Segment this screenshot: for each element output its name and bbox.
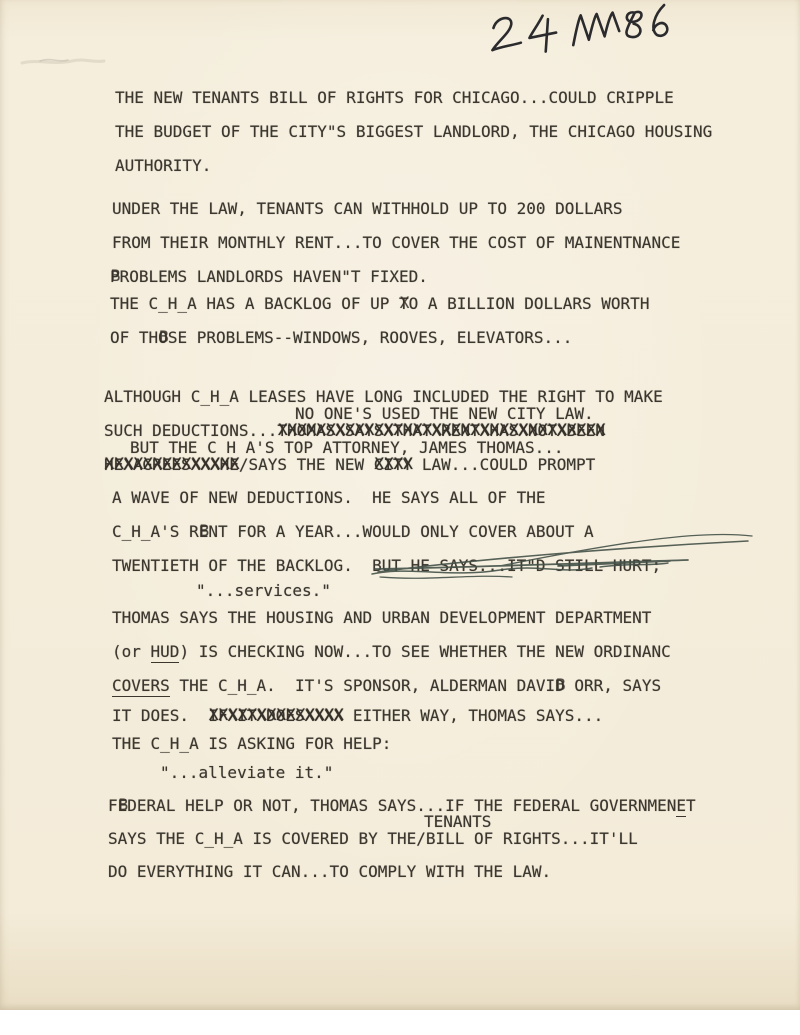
overstruck-char: O <box>158 328 168 348</box>
typed-line: HEXAGREESXXXHE/SAYS THE NEW CITY LAW...C… <box>104 455 595 475</box>
typed-text-layer: THE NEW TENANTS BILL OF RIGHTS FOR CHICA… <box>0 0 800 1010</box>
typed-text-segment: DERAL HELP OR NOT, THOMAS SAYS...IF THE … <box>127 796 676 815</box>
overstruck-char: D <box>555 676 565 696</box>
overstruck-char: T <box>399 294 409 314</box>
typed-over-crossed-out-segment: IFXITXDOESXXXX <box>208 706 343 726</box>
typed-line: C_H_A'S RENT FOR A YEAR...WOULD ONLY COV… <box>112 522 594 542</box>
typed-line: THE NEW TENANTS BILL OF RIGHTS FOR CHICA… <box>115 88 674 108</box>
typed-over-crossed-out-segment: CITY <box>374 455 413 475</box>
typed-line: OF THOSE PROBLEMS--WINDOWS, ROOVES, ELEV… <box>110 328 572 348</box>
typed-text-segment: SAYS THE C_H_A IS COVERED BY THE/BILL OF… <box>108 829 638 848</box>
overstruck-char: E <box>199 522 209 542</box>
typed-line: TWENTIETH OF THE BACKLOG. BUT HE SAYS...… <box>112 556 661 576</box>
typed-text-segment: SE PROBLEMS--WINDOWS, ROOVES, ELEVATORS.… <box>168 328 573 347</box>
typed-text-segment: OF TH <box>110 328 158 347</box>
typed-line: AUTHORITY. <box>115 156 211 176</box>
underlined-segment: COVERS <box>112 676 170 697</box>
typed-text-segment: "...services." <box>196 581 331 600</box>
typed-text-segment: THE C_H_A IS ASKING FOR HELP: <box>112 734 391 753</box>
typed-text-segment: IT DOES. <box>112 706 208 725</box>
typed-line: DO EVERYTHING IT CAN...TO COMPLY WITH TH… <box>108 862 551 882</box>
typed-text-segment: THE NEW TENANTS BILL OF RIGHTS FOR CHICA… <box>115 88 674 107</box>
typed-text-segment: T <box>686 796 696 815</box>
typed-line: SAYS THE C_H_A IS COVERED BY THE/BILL OF… <box>108 829 638 849</box>
typed-text-segment: "...alleviate it." <box>160 763 333 782</box>
typed-line: UNDER THE LAW, TENANTS CAN WITHHOLD UP T… <box>112 199 623 219</box>
typed-text-segment: THE C_H_A. IT'S SPONSOR, ALDERMAN DAVI <box>170 676 555 695</box>
typed-line: THOMAS SAYS THE HOUSING AND URBAN DEVELO… <box>112 608 651 628</box>
typed-text-segment: NT FOR A YEAR...WOULD ONLY COVER ABOUT A <box>208 522 593 541</box>
underlined-segment: HUD <box>151 642 180 663</box>
overstruck-char: E <box>118 796 128 816</box>
typed-line: FROM THEIR MONTHLY RENT...TO COVER THE C… <box>112 233 680 253</box>
scan-bottom-edge <box>0 1010 800 1035</box>
typed-text-segment: THE C_H_A HAS A BACKLOG OF UP <box>110 294 399 313</box>
typed-text-segment: EITHER WAY, THOMAS SAYS... <box>343 706 603 725</box>
typed-text-segment: O A BILLION DOLLARS WORTH <box>409 294 650 313</box>
typed-line: THE C_H_A IS ASKING FOR HELP: <box>112 734 391 754</box>
overstruck-char: P <box>110 267 120 287</box>
typed-line: FEDERAL HELP OR NOT, THOMAS SAYS...IF TH… <box>108 796 696 816</box>
typed-text-segment: BUT HE SAYS...IT"D STILL HURT; <box>372 556 661 575</box>
typed-text-segment: TWENTIETH OF THE BACKLOG. <box>112 556 372 575</box>
typed-text-segment: F <box>108 796 118 815</box>
typed-text-segment: AUTHORITY. <box>115 156 211 175</box>
typed-text-segment: FROM THEIR MONTHLY RENT...TO COVER THE C… <box>112 233 680 252</box>
typed-line: IT DOES. IFXITXDOESXXXX EITHER WAY, THOM… <box>112 706 603 726</box>
typed-line: A WAVE OF NEW DEDUCTIONS. HE SAYS ALL OF… <box>112 488 545 508</box>
typed-text-segment: UNDER THE LAW, TENANTS CAN WITHHOLD UP T… <box>112 199 623 218</box>
typed-line: "...services." <box>196 581 331 601</box>
typed-over-crossed-out-segment: HEXAGREESXXXHE <box>104 455 239 475</box>
typed-text-segment: C_H_A'S R <box>112 522 199 541</box>
typed-line: "...alleviate it." <box>160 763 333 783</box>
underlined-segment: E <box>676 796 686 817</box>
typed-text-segment: ) IS CHECKING NOW...TO SEE WHETHER THE N… <box>179 642 670 661</box>
typed-text-segment: LAW...COULD PROMPT <box>412 455 595 474</box>
typed-line: THE C_H_A HAS A BACKLOG OF UP TO A BILLI… <box>110 294 649 314</box>
typed-text-segment: ROBLEMS LANDLORDS HAVEN"T FIXED. <box>120 267 428 286</box>
typed-text-segment: /SAYS THE NEW <box>239 455 374 474</box>
typed-text-segment: A WAVE OF NEW DEDUCTIONS. HE SAYS ALL OF… <box>112 488 545 507</box>
typed-text-segment: DO EVERYTHING IT CAN...TO COMPLY WITH TH… <box>108 862 551 881</box>
typed-text-segment: ORR, SAYS <box>565 676 661 695</box>
typed-text-segment: (or <box>112 642 151 661</box>
typed-line: COVERS THE C_H_A. IT'S SPONSOR, ALDERMAN… <box>112 676 661 696</box>
scanned-page: THE NEW TENANTS BILL OF RIGHTS FOR CHICA… <box>0 0 800 1035</box>
typed-line: PROBLEMS LANDLORDS HAVEN"T FIXED. <box>110 267 428 287</box>
typed-text-segment: THE BUDGET OF THE CITY"S BIGGEST LANDLOR… <box>115 122 712 141</box>
typed-line: THE BUDGET OF THE CITY"S BIGGEST LANDLOR… <box>115 122 712 142</box>
typed-line: (or HUD) IS CHECKING NOW...TO SEE WHETHE… <box>112 642 671 662</box>
typed-text-segment: THOMAS SAYS THE HOUSING AND URBAN DEVELO… <box>112 608 651 627</box>
